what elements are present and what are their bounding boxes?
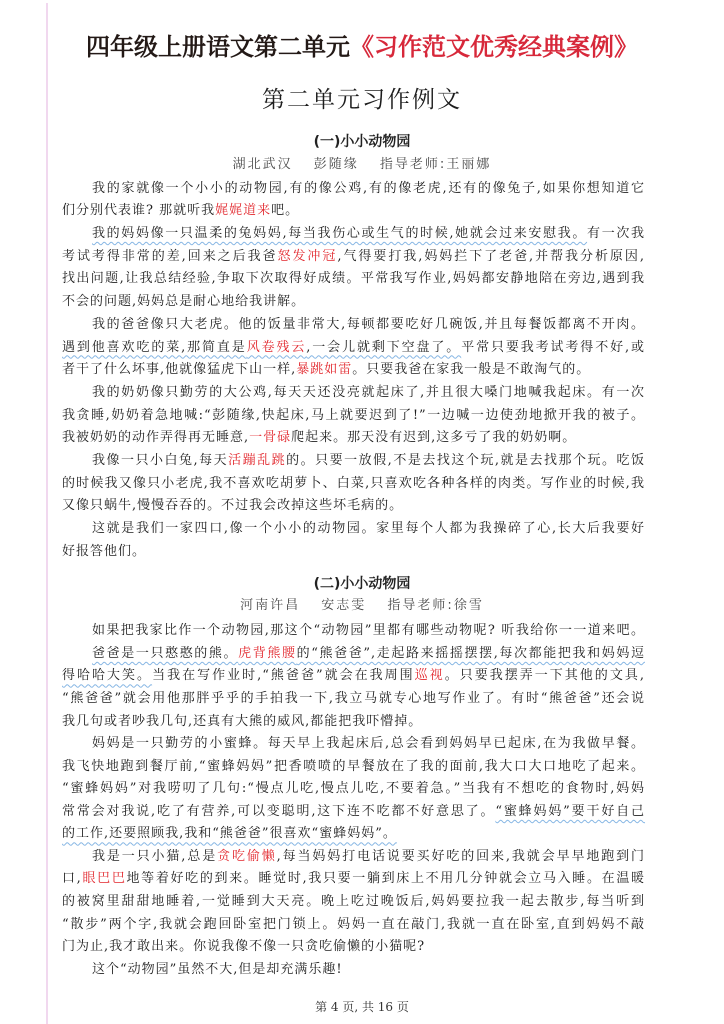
text-run: 门为止,我才敢出来。你说我像不像一只贪吃偷懒的小猫呢? [62,939,425,954]
text-line: “散步”两个字,我就会跑回卧室把门锁上。妈妈一直在敲门,我就一直在卧室,直到妈妈… [62,914,645,937]
text-line: 的工作,还要照顾我,我和“熊爸爸”很喜欢“蜜蜂妈妈”。 [62,823,645,846]
text-run: 平常只要我考试考得不好,或 [461,340,645,355]
text-run: 找出问题,让我总结经验,争取下次取得好成绩。平常我写作业,妈妈都安静地陪在旁边,… [62,271,645,286]
wavy-underlined-sentence: 爸爸是一只憨憨的熊。 [92,646,238,661]
text-line: “蜜蜂妈妈”对我唠叨了几句:“慢点儿吃,慢点儿吃,不要着急。”当我有不想吃的食物… [62,778,645,801]
essay-byline: 河南许昌 安志雯 指导老师:徐雪 [0,596,724,616]
text-line: 我的奶奶像只勤劳的大公鸡,每天天还没亮就起床了,并且很大嗓门地喊我起床。有一次 [62,382,645,405]
text-line: 我贪睡,奶奶着急地喊:“彭随缘,快起床,马上就要迟到了!”一边喊一边使劲地掀开我… [62,405,645,428]
text-run: 吧。 [271,203,299,218]
text-run: 的时候我又像只小老虎,我不喜欢吃胡萝卜、白菜,只喜欢吃各种各样的肉类。写作业的时… [62,476,645,491]
text-run: “蜜蜂妈妈”对我唠叨了几句:“慢点儿吃,慢点儿吃,不要着急。”当我有不想吃的食物… [62,781,645,796]
text-run: 我贪睡,奶奶着急地喊:“彭随缘,快起床,马上就要迟到了!”一边喊一边使劲地掀开我… [62,408,645,423]
text-line: 我的家就像一个小小的动物园,有的像公鸡,有的像老虎,还有的像兔子,如果你想知道它 [62,178,645,201]
wavy-underlined-sentence: 遇到他喜欢吃的菜,那简直是 [62,340,247,355]
text-line: 常常会对我说,吃了有营养,可以变聪明,这下连不吃都不好意思了。“蜜蜂妈妈”要干好… [62,801,645,824]
paragraph: 妈妈是一只勤劳的小蜜蜂。每天早上我起床后,总会看到妈妈早已起床,在为我做早餐。我… [62,733,645,846]
paragraph: 我的妈妈像一只温柔的兔妈妈,每当我伤心或生气的时候,她就会过来安慰我。有一次我考… [62,223,645,314]
text-run: 这个“动物园”虽然不大,但是却充满乐趣! [92,962,343,977]
paragraph: 我的爸爸像只大老虎。他的饭量非常大,每顿都要吃好几碗饭,并且每餐饭都离不开肉。遇… [62,314,645,382]
text-line: 考试考得非常的差,回来之后我爸怒发冲冠,气得要打我,妈妈拦下了老爸,并帮我分析原… [62,246,645,269]
text-run: “熊爸爸”就会用他那胖乎乎的手拍我一下,我立马就专心地写作业了。有时“熊爸爸”还… [62,691,645,706]
highlight-phrase: 巡视 [415,668,445,683]
text-line: 又像只蜗牛,慢慢吞吞的。不过我会改掉这些坏毛病的。 [62,495,645,518]
text-run: 口, [62,871,82,886]
text-line: 我像一只小白兔,每天活蹦乱跳的。只要一放假,不是去找这个玩,就是去找那个玩。吃饭 [62,450,645,473]
text-line: 我的妈妈像一只温柔的兔妈妈,每当我伤心或生气的时候,她就会过来安慰我。有一次我 [62,223,645,246]
text-run: 我被奶奶的动作弄得再无睡意, [62,430,249,445]
text-line: 妈妈是一只勤劳的小蜜蜂。每天早上我起床后,总会看到妈妈早已起床,在为我做早餐。 [62,733,645,756]
page-subtitle: 第二单元习作例文 [0,85,724,115]
text-line: 们分别代表谁? 那就听我娓娓道来吧。 [62,200,645,223]
paragraph: 这就是我们一家四口,像一个小小的动物园。家里每个人都为我操碎了心,长大后我要好好… [62,518,645,563]
highlight-phrase: 眼巴巴 [82,871,127,886]
title-highlight: 《习作范文优秀经典案例》 [350,33,638,61]
essay-title: (一)小小动物园 [0,132,724,152]
text-run: 又像只蜗牛,慢慢吞吞的。不过我会改掉这些坏毛病的。 [62,498,403,513]
text-run: 。只要我摆弄一下其他的文具, [445,668,645,683]
text-run: 有一次我 [587,226,645,241]
wavy-underlined-sentence: 的工作,还要照顾我,我和“熊爸爸”很喜欢“蜜蜂妈妈”。 [62,826,397,841]
text-run: 我的爸爸像只大老虎。他的饭量非常大,每顿都要吃好几碗饭,并且每餐饭都离不开肉。 [92,317,645,332]
text-run: 妈妈是一只勤劳的小蜜蜂。每天早上我起床后,总会看到妈妈早已起床,在为我做早餐。 [92,736,645,751]
paragraph: 这个“动物园”虽然不大,但是却充满乐趣! [62,959,645,982]
text-run: 我的家就像一个小小的动物园,有的像公鸡,有的像老虎,还有的像兔子,如果你想知道它 [92,181,645,196]
text-line: 我是一只小猫,总是贪吃偷懒,每当妈妈打电话说要买好吃的回来,我就会早早地跑到门 [62,846,645,869]
text-run: 我是一只小猫,总是 [92,849,217,864]
text-run: 的被窝里甜甜地睡着,一觉睡到大天亮。晚上吃过晚饭后,妈妈要拉我一起去散步,每当听… [62,894,645,909]
text-line: 的时候我又像只小老虎,我不喜欢吃胡萝卜、白菜,只喜欢吃各种各样的肉类。写作业的时… [62,473,645,496]
highlight-phrase: 活蹦乱跳 [228,453,286,468]
wavy-underlined-sentence: ,一会儿就剩下空盘了。 [306,340,461,355]
text-run: 。只要我爸在家我一般是不敢淘气的。 [352,362,590,377]
text-line: 这就是我们一家四口,像一个小小的动物园。家里每个人都为我操碎了心,长大后我要好 [62,518,645,541]
paragraph: 我的家就像一个小小的动物园,有的像公鸡,有的像老虎,还有的像兔子,如果你想知道它… [62,178,645,223]
highlight-phrase: 娓娓道来 [215,203,271,218]
text-run: 不会的问题,妈妈总是耐心地给我讲解。 [62,294,305,309]
underlined-highlight-phrase: 风卷残云 [247,340,307,355]
text-run: 者干了什么坏事,他就像猛虎下山一样, [62,362,296,377]
text-line: 我被奶奶的动作弄得再无睡意,一骨碌爬起来。那天没有迟到,这多亏了我的奶奶啊。 [62,427,645,450]
text-line: 门为止,我才敢出来。你说我像不像一只贪吃偷懒的小猫呢? [62,936,645,959]
text-run: 常常会对我说,吃了有营养,可以变聪明,这下连不吃都不好意思了。 [62,804,495,819]
highlight-phrase: 贪吃偷懒 [217,849,277,864]
section-2: (二)小小动物园 河南许昌 安志雯 指导老师:徐雪 如果把我家比作一个动物园,那… [62,574,645,981]
wavy-underlined-sentence: 的“熊爸爸”,走起路来摇摇摆摆,每次都能把我和妈妈逗 [297,646,645,661]
essay-byline: 湖北武汉 彭随缘 指导老师:王丽娜 [0,155,724,175]
text-line: 者干了什么坏事,他就像猛虎下山一样,暴跳如雷。只要我爸在家我一般是不敢淘气的。 [62,359,645,382]
text-run: “散步”两个字,我就会跑回卧室把门锁上。妈妈一直在敲门,我就一直在卧室,直到妈妈… [62,917,645,932]
text-line: 得哈哈大笑。当我在写作业时,“熊爸爸”就会在我周围巡视。只要我摆弄一下其他的文具… [62,665,645,688]
text-run: 我的奶奶像只勤劳的大公鸡,每天天还没亮就起床了,并且很大嗓门地喊我起床。有一次 [92,385,645,400]
wavy-underlined-sentence: “蜜蜂妈妈”要干好自己 [495,804,645,819]
document-title: 四年级上册语文第二单元《习作范文优秀经典案例》 [0,32,724,62]
text-line: 这个“动物园”虽然不大,但是却充满乐趣! [62,959,645,982]
text-line: 我飞快地跑到餐厅前,“蜜蜂妈妈”把香喷喷的早餐放在了我的面前,我大口大口地吃了起… [62,756,645,779]
paragraph: 爸爸是一只憨憨的熊。虎背熊腰的“熊爸爸”,走起路来摇摇摆摆,每次都能把我和妈妈逗… [62,643,645,733]
essay-body: 我的家就像一个小小的动物园,有的像公鸡,有的像老虎,还有的像兔子,如果你想知道它… [62,178,645,564]
essay-title: (二)小小动物园 [0,574,724,594]
wavy-underlined-sentence: 我的妈妈像一只温柔的兔妈妈,每当我伤心或生气的时候,她就会过来安慰我。 [92,226,587,241]
text-run: 好报答他们。 [62,544,146,559]
text-line: 好报答他们。 [62,541,645,564]
text-run: 考试考得非常的差,回来之后我爸 [62,249,278,264]
text-run: 我几句或者吵我几句,还真有大熊的威风,都能把我吓懵掉。 [62,714,422,729]
page-number: 第 4 页, 共 16 页 [0,999,724,1015]
text-run: 当我在写作业时,“熊爸爸”就会在我周围 [152,668,415,683]
text-line: “熊爸爸”就会用他那胖乎乎的手拍我一下,我立马就专心地写作业了。有时“熊爸爸”还… [62,688,645,711]
text-line: 的被窝里甜甜地睡着,一觉睡到大天亮。晚上吃过晚饭后,妈妈要拉我一起去散步,每当听… [62,891,645,914]
paragraph: 我的奶奶像只勤劳的大公鸡,每天天还没亮就起床了,并且很大嗓门地喊我起床。有一次我… [62,382,645,450]
paragraph: 我是一只小猫,总是贪吃偷懒,每当妈妈打电话说要买好吃的回来,我就会早早地跑到门口… [62,846,645,959]
text-line: 如果把我家比作一个动物园,那这个“动物园”里都有哪些动物呢? 听我给你一一道来吧… [62,620,645,643]
text-run: 爬起来。那天没有迟到,这多亏了我的奶奶啊。 [291,430,576,445]
text-run: 我像一只小白兔,每天 [92,453,228,468]
wavy-underlined-sentence: 得哈哈大笑。 [62,668,152,683]
text-line: 口,眼巴巴地等着好吃的到来。睡觉时,我只要一躺到床上不用几分钟就会立马入睡。在温… [62,868,645,891]
text-line: 我几句或者吵我几句,还真有大熊的威风,都能把我吓懵掉。 [62,711,645,734]
text-run: 地等着好吃的到来。睡觉时,我只要一躺到床上不用几分钟就会立马入睡。在温暖 [126,871,645,886]
highlight-phrase: 怒发冲冠 [278,249,338,264]
highlight-phrase: 一骨碌 [249,430,291,445]
highlight-phrase: 暴跳如雷 [296,362,352,377]
text-line: 爸爸是一只憨憨的熊。虎背熊腰的“熊爸爸”,走起路来摇摇摆摆,每次都能把我和妈妈逗 [62,643,645,666]
paragraph: 如果把我家比作一个动物园,那这个“动物园”里都有哪些动物呢? 听我给你一一道来吧… [62,620,645,643]
text-line: 遇到他喜欢吃的菜,那简直是风卷残云,一会儿就剩下空盘了。平常只要我考试考得不好,… [62,337,645,360]
text-line: 不会的问题,妈妈总是耐心地给我讲解。 [62,291,645,314]
paragraph: 我像一只小白兔,每天活蹦乱跳的。只要一放假,不是去找这个玩,就是去找那个玩。吃饭… [62,450,645,518]
text-run: 这就是我们一家四口,像一个小小的动物园。家里每个人都为我操碎了心,长大后我要好 [92,521,645,536]
text-line: 找出问题,让我总结经验,争取下次取得好成绩。平常我写作业,妈妈都安静地陪在旁边,… [62,268,645,291]
text-run: ,每当妈妈打电话说要买好吃的回来,我就会早早地跑到门 [277,849,645,864]
text-run: ,气得要打我,妈妈拦下了老爸,并帮我分析原因, [337,249,645,264]
text-run: 我飞快地跑到餐厅前,“蜜蜂妈妈”把香喷喷的早餐放在了我的面前,我大口大口地吃了起… [62,759,645,774]
essay-body: 如果把我家比作一个动物园,那这个“动物园”里都有哪些动物呢? 听我给你一一道来吧… [62,620,645,981]
text-run: 的。只要一放假,不是去找这个玩,就是去找那个玩。吃饭 [286,453,645,468]
text-line: 我的爸爸像只大老虎。他的饭量非常大,每顿都要吃好几碗饭,并且每餐饭都离不开肉。 [62,314,645,337]
section-1: (一)小小动物园 湖北武汉 彭随缘 指导老师:王丽娜 我的家就像一个小小的动物园… [62,132,645,564]
title-main: 四年级上册语文第二单元 [86,33,350,61]
underlined-highlight-phrase: 虎背熊腰 [238,646,296,661]
text-run: 如果把我家比作一个动物园,那这个“动物园”里都有哪些动物呢? 听我给你一一道来吧… [92,623,645,638]
text-run: 们分别代表谁? 那就听我 [62,203,215,218]
